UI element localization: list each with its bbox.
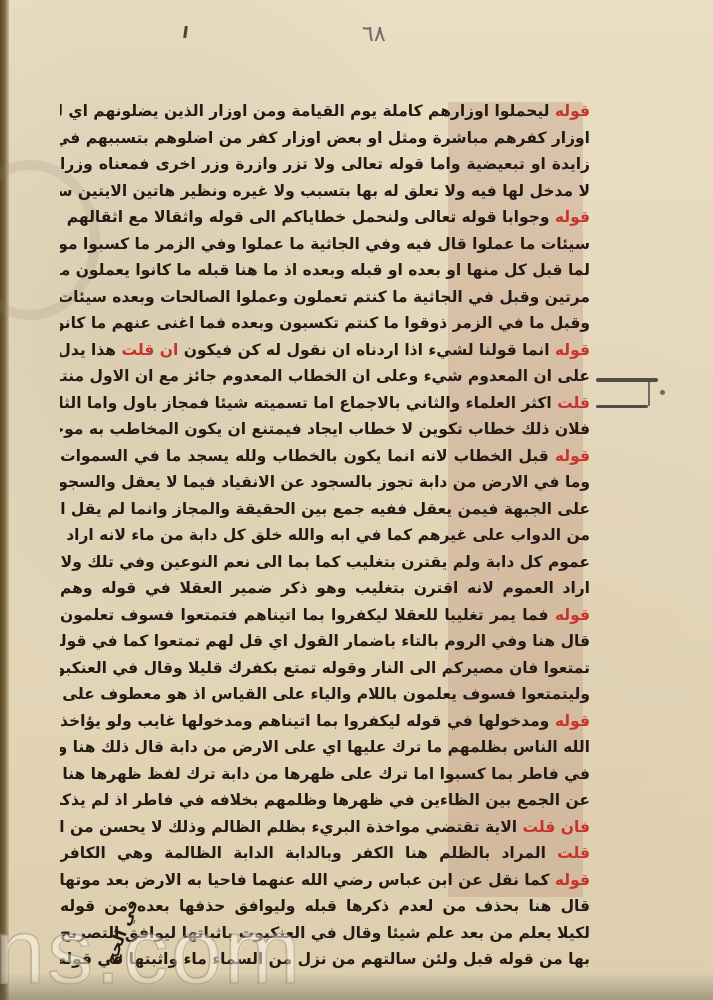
manuscript-line: اوزار كفرهم مباشرة ومثل او بعض اوزار كفر…	[60, 125, 590, 152]
manuscript-line: سيئات ما عملوا قال فيه وفي الجاثية ما عم…	[60, 231, 590, 258]
rubric-word: قوله	[550, 871, 590, 889]
line-text: اراد العموم لانه اقترن بتغليب وهو ذكر ضم…	[60, 579, 590, 597]
line-text: مرتين وقبل في الجاثية ما كنتم تعملون وعم…	[60, 288, 590, 306]
line-text: قال هنا وفي الروم بالتاء باضمار القول اي…	[60, 632, 590, 650]
manuscript-line: الله الناس بظلمهم ما ترك عليها اي على ال…	[60, 734, 590, 761]
manuscript-line: قال هنا وفي الروم بالتاء باضمار القول اي…	[60, 628, 590, 655]
line-text: اكثر العلماء والثاني بالاجماع	[334, 394, 552, 412]
line-text: سيئات ما عملوا قال فيه وفي الجاثية ما عم…	[60, 235, 590, 253]
manuscript-line: لا مدخل لها فيه ولا تعلق له بها بتسبب ول…	[60, 178, 590, 205]
bracket-side-stroke	[648, 382, 650, 406]
manuscript-line: عموم كل دابة ولم يقترن بتغليب كما بما ال…	[60, 549, 590, 576]
line-text: فلان ذلك خطاب تكوين لا خطاب ايجاد فيمتنع…	[60, 420, 590, 438]
manuscript-line: قوله قبل الخطاب لانه انما يكون بالخطاب و…	[60, 443, 590, 470]
line-text: ليكفروا بما اتيناهم فتمتعوا فسوف تعلمون	[60, 606, 388, 624]
rubric-word: قلت	[552, 394, 590, 412]
rubric-word: قوله	[550, 102, 590, 120]
scan-shadow	[0, 972, 713, 1000]
rubric-word: قوله	[550, 208, 590, 226]
line-text: الاية تقتضي مواخذة البريء بظلم الظالم وذ…	[60, 818, 517, 836]
line-text: عموم كل دابة ولم يقترن بتغليب كما بما ال…	[60, 553, 590, 571]
line-text: في فاطر بما كسبوا اما ترك على ظهرها من د…	[60, 765, 590, 783]
line-text: وجوابا قوله تعالى ولنحمل خطاياكم الى قول…	[61, 208, 549, 226]
manuscript-line: على ان المعدوم شيء وعلى ان الخطاب المعدو…	[60, 363, 590, 390]
manuscript-line: قلت المراد بالظلم هنا الكفر وبالدابة الد…	[60, 840, 590, 867]
manuscript-line: قوله وجوابا قوله تعالى ولنحمل خطاياكم ال…	[60, 204, 590, 231]
manuscript-line: قوله كما نقل عن ابن عباس رضي الله عنهما …	[60, 867, 590, 894]
line-text: انما قولنا لشيء اذا اردناه ان نقول له كن…	[178, 341, 549, 359]
manuscript-line: قوله ليحملوا اوزارهم كاملة يوم القيامة و…	[60, 98, 590, 125]
line-text: وما في الارض من دابة تجوز بالسجود عن الا…	[60, 473, 590, 491]
rubric-word: قوله	[549, 606, 590, 624]
rubric-word: قوله	[550, 341, 590, 359]
rubric-word: ان قلت	[116, 341, 178, 359]
line-text: عن الجمع بين الظاءين في ظهرها وظلمهم بخل…	[60, 791, 590, 809]
binding-spine	[0, 0, 9, 1000]
line-text: هذا يدل	[60, 341, 116, 359]
line-text: على الجبهة فيمن يعقل ففيه جمع بين الحقيق…	[60, 500, 590, 518]
line-text: ولو يؤاخذ	[60, 712, 132, 730]
page-number: ٦٨	[362, 22, 386, 47]
line-text: وليتمتعوا فسوف يعلمون باللام والياء على …	[60, 685, 590, 703]
line-text: المراد بالظلم هنا الكفر وبالدابة الدابة …	[60, 844, 546, 862]
manuscript-line: على الجبهة فيمن يعقل ففيه جمع بين الحقيق…	[60, 496, 590, 523]
margin-bracket-mark	[596, 378, 661, 410]
line-text: تمتعوا فان مصيركم الى النار وقوله تمتع ب…	[60, 659, 590, 677]
manuscript-line: قوله فما يمر تغليبا للعقلا ليكفروا بما ا…	[60, 602, 590, 629]
line-text: الله الناس بظلمهم ما ترك عليها اي على ال…	[60, 738, 590, 756]
manuscript-line: قوله ومدخولها في قوله ليكفروا بما اتيناه…	[60, 708, 590, 735]
manuscript-line: في فاطر بما كسبوا اما ترك على ظهرها من د…	[60, 761, 590, 788]
corner-mark	[183, 26, 188, 38]
line-text: وقبل ما في الزمر ذوقوا ما كنتم تكسبون وب…	[60, 314, 590, 332]
rubric-word: قوله	[549, 712, 590, 730]
line-text: فاحيا به الارض بعد موتها	[60, 871, 247, 889]
rubric-word: فان قلت	[517, 818, 590, 836]
line-text: على ان المعدوم شيء وعلى ان الخطاب المعدو…	[60, 367, 590, 385]
manuscript-line: تمتعوا فان مصيركم الى النار وقوله تمتع ب…	[60, 655, 590, 682]
manuscript-line: لما قبل كل منها او بعده او قبله وبعده اذ…	[60, 257, 590, 284]
line-text: لا مدخل لها فيه ولا تعلق له بها بتسبب ول…	[60, 182, 590, 200]
manuscript-line: قلت اكثر العلماء والثاني بالاجماع اما تس…	[60, 390, 590, 417]
manuscript-line: وليتمتعوا فسوف يعلمون باللام والياء على …	[60, 681, 590, 708]
line-text: ومدخولها في قوله ليكفروا بما اتيناهم ومد…	[132, 712, 550, 730]
line-text: من الدواب على غيرهم كما في ابه والله خلق…	[60, 526, 590, 544]
manuscript-line: عن الجمع بين الظاءين في ظهرها وظلمهم بخل…	[60, 787, 590, 814]
line-text: زايدة او تبعيضية واما قوله تعالى ولا تزر…	[60, 155, 590, 173]
line-text: لما قبل كل منها او بعده او قبله وبعده اذ…	[60, 261, 590, 279]
line-text: كما نقل عن ابن عباس رضي الله عنهما	[247, 871, 550, 889]
bracket-bottom-stroke	[596, 405, 648, 408]
rubric-word: قوله	[549, 447, 590, 465]
manuscript-line: من الدواب على غيرهم كما في ابه والله خلق…	[60, 522, 590, 549]
line-text: ولله يسجد ما في السموات	[60, 447, 266, 465]
rubric-word: قلت	[546, 844, 590, 862]
manuscript-line: اراد العموم لانه اقترن بتغليب وهو ذكر ضم…	[60, 575, 590, 602]
manuscript-line: قوله انما قولنا لشيء اذا اردناه ان نقول …	[60, 337, 590, 364]
line-text: اوزار كفرهم مباشرة ومثل او بعض اوزار كفر…	[60, 129, 590, 147]
manuscript-line: مرتين وقبل في الجاثية ما كنتم تعملون وعم…	[60, 284, 590, 311]
manuscript-text-block: قوله ليحملوا اوزارهم كاملة يوم القيامة و…	[60, 98, 590, 973]
manuscript-line: وقبل ما في الزمر ذوقوا ما كنتم تكسبون وب…	[60, 310, 590, 337]
line-text: ليحملوا اوزارهم كاملة يوم القيامة ومن او…	[60, 102, 550, 120]
margin-dot	[660, 390, 665, 395]
line-text: قبل الخطاب لانه انما يكون بالخطاب	[266, 447, 549, 465]
line-text: اما تسميته شيئا فمجاز باول واما الثاني	[60, 394, 334, 412]
manuscript-page: ٦٨ قوله ليحملوا اوزارهم كاملة يوم القيام…	[0, 0, 713, 1000]
manuscript-line: زايدة او تبعيضية واما قوله تعالى ولا تزر…	[60, 151, 590, 178]
manuscript-line: وما في الارض من دابة تجوز بالسجود عن الا…	[60, 469, 590, 496]
manuscript-line: فلان ذلك خطاب تكوين لا خطاب ايجاد فيمتنع…	[60, 416, 590, 443]
manuscript-line: فان قلت الاية تقتضي مواخذة البريء بظلم ا…	[60, 814, 590, 841]
line-text: فما يمر تغليبا للعقلا	[388, 606, 549, 624]
